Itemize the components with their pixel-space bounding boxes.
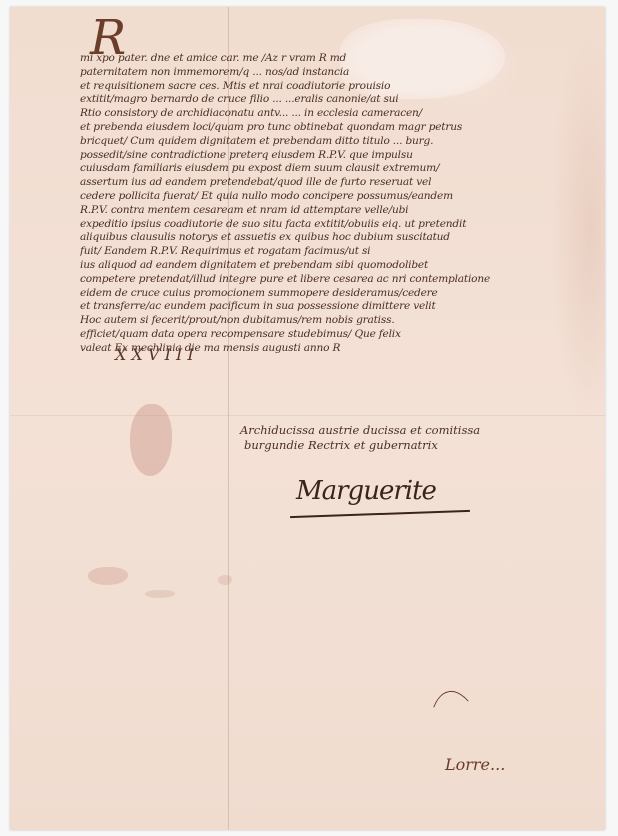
body-line: Rtio consistory de archidiaconatu antv..… bbox=[80, 107, 600, 121]
secretary-signature: Lorre... bbox=[445, 755, 505, 774]
body-line: fuit/ Eandem R.P.V. Requirimus et rogata… bbox=[80, 245, 600, 259]
small-stain bbox=[88, 567, 128, 585]
year-numeral: X X V I I I bbox=[115, 345, 194, 364]
body-line: cedere pollicita fuerat/ Et quia nullo m… bbox=[80, 190, 600, 204]
signatory-title: Archiducissa austrie ducissa et comitiss… bbox=[240, 423, 480, 453]
body-line: paternitatem non immemorem/q ... nos/ad … bbox=[80, 66, 600, 80]
body-line: Hoc autem si fecerit/prout/non dubitamus… bbox=[80, 314, 600, 328]
body-line: et requisitionem sacre ces. Mtis et nrai… bbox=[80, 80, 600, 94]
body-line: aliquibus clausulis notorys et assuetis … bbox=[80, 231, 600, 245]
body-line: et transferre/ac eundem pacificum in sua… bbox=[80, 300, 600, 314]
body-line: competere pretendat/illud integre pure e… bbox=[80, 273, 600, 287]
body-line: et prebenda eiusdem loci/quam pro tunc o… bbox=[80, 121, 600, 135]
letter-body: mi xpo pater. dne et amice car. me /Az r… bbox=[80, 52, 600, 356]
body-line: R.P.V. contra mentem cesaream et nram id… bbox=[80, 204, 600, 218]
body-line: expeditio ipsius coadiutorie de suo situ… bbox=[80, 218, 600, 232]
body-line: bricquet/ Cum quidem dignitatem et prebe… bbox=[80, 135, 600, 149]
body-line: ius aliquod ad eandem dignitatem et preb… bbox=[80, 259, 600, 273]
body-line: cuiusdam familiaris eiusdem pu expost di… bbox=[80, 162, 600, 176]
small-stain bbox=[218, 575, 232, 585]
body-line: eidem de cruce cuius promocionem summope… bbox=[80, 287, 600, 301]
body-line: extitit/magro bernardo de cruce filio ..… bbox=[80, 93, 600, 107]
title-line: Archiducissa austrie ducissa et comitiss… bbox=[240, 423, 480, 438]
horizontal-fold-line bbox=[10, 415, 605, 416]
body-line: efficiet/quam data opera recompensare st… bbox=[80, 328, 600, 342]
small-stain bbox=[145, 590, 175, 598]
body-line: possedit/sine contradictione preterq eiu… bbox=[80, 149, 600, 163]
body-line: mi xpo pater. dne et amice car. me /Az r… bbox=[80, 52, 600, 66]
title-line: burgundie Rectrix et gubernatrix bbox=[244, 438, 480, 453]
water-stain bbox=[130, 404, 172, 476]
signature-marguerite: Marguerite bbox=[296, 476, 436, 506]
body-line: assertum ius ad eandem pretendebat/quod … bbox=[80, 176, 600, 190]
